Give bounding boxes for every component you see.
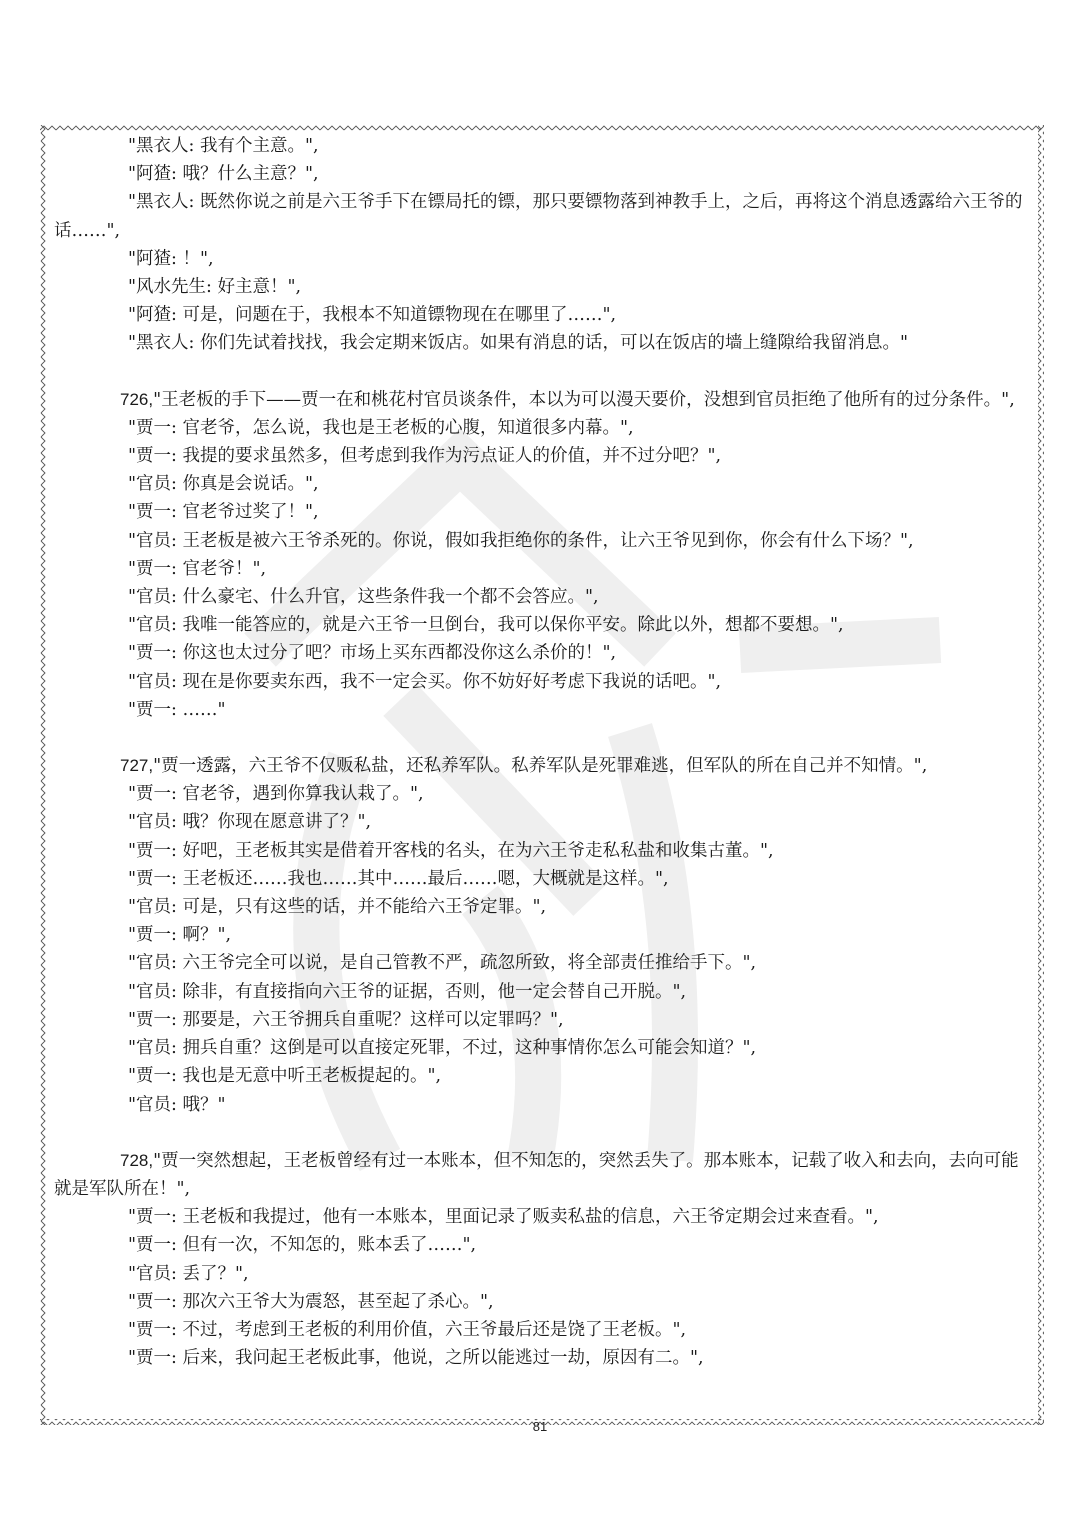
dialogue-line: "官员: 现在是你要卖东西，我不一定会买。你不妨好好考虑下我说的话吧。", xyxy=(54,668,1030,696)
paragraph-gap xyxy=(54,1119,1030,1147)
entry-summary: 726,"王老板的手下——贾一在和桃花村官员谈条件，本以为可以漫天要价，没想到官… xyxy=(54,386,1030,414)
paragraph-gap xyxy=(54,724,1030,752)
page-number: 81 xyxy=(0,1419,1080,1434)
dialogue-line: "贾一: 王老板还……我也……其中……最后……嗯，大概就是这样。", xyxy=(54,865,1030,893)
dialogue-line: "官员: 哦？你现在愿意讲了？", xyxy=(54,808,1030,836)
dialogue-line: "阿猹: 哦？什么主意？", xyxy=(54,160,1030,188)
entry-summary: 728,"贾一突然想起，王老板曾经有过一本账本，但不知怎的，突然丢失了。那本账本… xyxy=(54,1147,1030,1203)
dialogue-line: "贾一: 不过，考虑到王老板的利用价值，六王爷最后还是饶了王老板。", xyxy=(54,1316,1030,1344)
dialogue-line: "贾一: 官老爷！", xyxy=(54,555,1030,583)
dialogue-line: "贾一: 官老爷过奖了！", xyxy=(54,498,1030,526)
dialogue-line: "贾一: 官老爷，怎么说，我也是王老板的心腹，知道很多内幕。", xyxy=(54,414,1030,442)
dialogue-line: "官员: 王老板是被六王爷杀死的。你说，假如我拒绝你的条件，让六王爷见到你，你会… xyxy=(54,527,1030,555)
dialogue-line: "贾一: 后来，我问起王老板此事，他说，之所以能逃过一劫，原因有二。", xyxy=(54,1344,1030,1372)
dialogue-line: "贾一: 好吧，王老板其实是借着开客栈的名头，在为六王爷走私私盐和收集古董。", xyxy=(54,837,1030,865)
paragraph-gap xyxy=(54,358,1030,386)
dialogue-line: "官员: 六王爷完全可以说，是自己管教不严，疏忽所致，将全部责任推给手下。", xyxy=(54,949,1030,977)
dialogue-line: "官员: 可是，只有这些的话，并不能给六王爷定罪。", xyxy=(54,893,1030,921)
dialogue-line: "贾一: 官老爷，遇到你算我认栽了。", xyxy=(54,780,1030,808)
dialogue-line: "黑衣人: 你们先试着找找，我会定期来饭店。如果有消息的话，可以在饭店的墙上缝隙… xyxy=(54,329,1030,357)
entry-summary: 727,"贾一透露，六王爷不仅贩私盐，还私养军队。私养军队是死罪难逃，但军队的所… xyxy=(54,752,1030,780)
entry-number: 726, xyxy=(120,390,153,409)
dialogue-line: "官员: 拥兵自重？这倒是可以直接定死罪，不过，这种事情你怎么可能会知道？", xyxy=(54,1034,1030,1062)
dialogue-line: "贾一: 我提的要求虽然多，但考虑到我作为污点证人的价值，并不过分吧？", xyxy=(54,442,1030,470)
dialogue-line: "官员: 你真是会说话。", xyxy=(54,470,1030,498)
dialogue-line: "贾一: 王老板和我提过，他有一本账本，里面记录了贩卖私盐的信息，六王爷定期会过… xyxy=(54,1203,1030,1231)
dialogue-line: "官员: 什么豪宅、什么升官，这些条件我一个都不会答应。", xyxy=(54,583,1030,611)
entry-number: 728, xyxy=(120,1151,153,1170)
entry-727: 727,"贾一透露，六王爷不仅贩私盐，还私养军队。私养军队是死罪难逃，但军队的所… xyxy=(54,752,1030,1119)
dialogue-line: "贾一: 那次六王爷大为震怒，甚至起了杀心。", xyxy=(54,1288,1030,1316)
dialogue-line: "风水先生: 好主意！", xyxy=(54,273,1030,301)
entry-726: 726,"王老板的手下——贾一在和桃花村官员谈条件，本以为可以漫天要价，没想到官… xyxy=(54,386,1030,724)
dialogue-line: "黑衣人: 既然你说之前是六王爷手下在镖局托的镖，那只要镖物落到神教手上，之后，… xyxy=(54,188,1030,244)
dialogue-line: "贾一: 啊？", xyxy=(54,921,1030,949)
dialogue-group: "黑衣人: 我有个主意。", "阿猹: 哦？什么主意？", "黑衣人: 既然你说… xyxy=(54,132,1030,358)
entry-number: 727, xyxy=(120,756,153,775)
dialogue-line: "官员: 丢了？", xyxy=(54,1260,1030,1288)
dialogue-line: "官员: 我唯一能答应的，就是六王爷一旦倒台，我可以保你平安。除此以外，想都不要… xyxy=(54,611,1030,639)
dialogue-line: "贾一: 那要是，六王爷拥兵自重呢？这样可以定罪吗？", xyxy=(54,1006,1030,1034)
entry-728: 728,"贾一突然想起，王老板曾经有过一本账本，但不知怎的，突然丢失了。那本账本… xyxy=(54,1147,1030,1373)
dialogue-line: "贾一: 我也是无意中听王老板提起的。", xyxy=(54,1062,1030,1090)
dialogue-line: "贾一: ……" xyxy=(54,696,1030,724)
dialogue-line: "阿猹: 可是，问题在于，我根本不知道镖物现在在哪里了……", xyxy=(54,301,1030,329)
dialogue-line: "官员: 哦？" xyxy=(54,1091,1030,1119)
document-body: "黑衣人: 我有个主意。", "阿猹: 哦？什么主意？", "黑衣人: 既然你说… xyxy=(54,132,1030,1372)
summary-text: "贾一透露，六王爷不仅贩私盐，还私养军队。私养军队是死罪难逃，但军队的所在自己并… xyxy=(153,756,927,776)
summary-text: "贾一突然想起，王老板曾经有过一本账本，但不知怎的，突然丢失了。那本账本，记载了… xyxy=(54,1151,1019,1199)
dialogue-line: "官员: 除非，有直接指向六王爷的证据，否则，他一定会替自己开脱。", xyxy=(54,978,1030,1006)
dialogue-line: "阿猹: ！", xyxy=(54,245,1030,273)
summary-text: "王老板的手下——贾一在和桃花村官员谈条件，本以为可以漫天要价，没想到官员拒绝了… xyxy=(153,390,1015,410)
dialogue-line: "黑衣人: 我有个主意。", xyxy=(54,132,1030,160)
dialogue-line: "贾一: 你这也太过分了吧？市场上买东西都没你这么杀价的！", xyxy=(54,639,1030,667)
dialogue-line: "贾一: 但有一次，不知怎的，账本丢了……", xyxy=(54,1231,1030,1259)
